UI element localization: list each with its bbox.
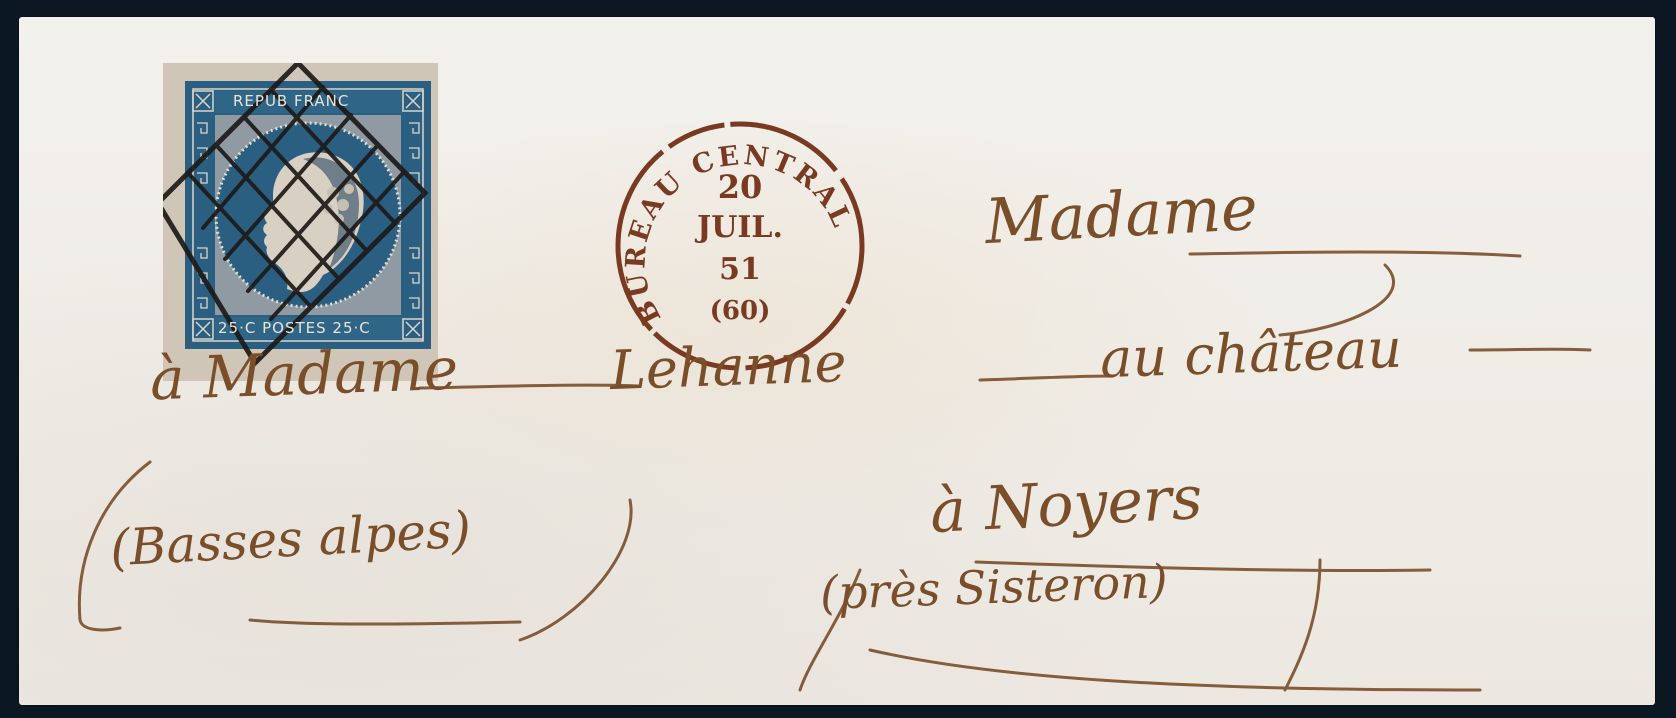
stamp-bottom-label: 25·C POSTES 25·C	[218, 319, 371, 337]
postmark-year: 51	[690, 252, 790, 287]
address-line-2-suffix: au château	[1099, 317, 1403, 391]
address-line-2-name: Lehanne	[609, 331, 847, 402]
address-line-1: Madame	[983, 171, 1259, 258]
postmark-department: (60)	[690, 296, 790, 326]
postmark-day: 20	[690, 168, 790, 206]
stamp-top-label: REPUB FRANC	[233, 92, 349, 110]
address-line-3: à Noyers	[928, 463, 1204, 547]
postage-stamp: REPUB FRANC 25·C POSTES 25·C	[163, 63, 438, 381]
address-line-2-prefix: à Madame	[149, 335, 459, 414]
postmark-month: JUIL.	[690, 210, 790, 245]
